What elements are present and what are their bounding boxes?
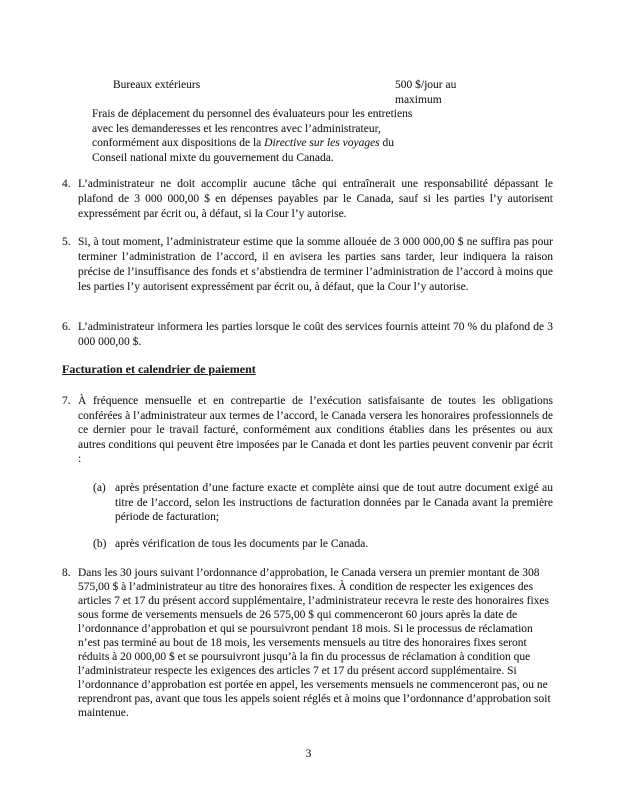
travel-note-line4: Conseil national mixte du gouvernement d… (92, 151, 412, 166)
clause-7a-marker: (a) (93, 481, 115, 525)
travel-expenses-note: Frais de déplacement du personnel des év… (92, 107, 412, 165)
fee-schedule-label: Bureaux extérieurs (113, 78, 200, 93)
page-number: 3 (0, 747, 617, 762)
section-heading-facturation: Facturation et calendrier de paiement (62, 362, 256, 377)
document-page: Bureaux extérieurs 500 $/jour au maximum… (0, 0, 617, 807)
clause-5-number: 5. (62, 235, 78, 295)
clause-7-number: 7. (62, 394, 78, 467)
clause-4-text: L’administrateur ne doit accomplir aucun… (78, 177, 553, 222)
clause-5-text: Si, à tout moment, l’administrateur esti… (78, 235, 553, 295)
travel-note-line3-post: du (380, 137, 394, 149)
directive-title-italic: Directive sur les voyages (264, 137, 380, 149)
clause-4-number: 4. (62, 177, 78, 222)
clause-4: 4. L’administrateur ne doit accomplir au… (62, 177, 553, 222)
fee-schedule-value-line1: 500 $/jour au (395, 78, 456, 93)
clause-7a: (a) après présentation d’une facture exa… (93, 481, 553, 525)
clause-6: 6. L’administrateur informera les partie… (62, 320, 553, 350)
clause-5: 5. Si, à tout moment, l’administrateur e… (62, 235, 553, 295)
clause-6-text: L’administrateur informera les parties l… (78, 320, 553, 350)
clause-7-text: À fréquence mensuelle et en contrepartie… (78, 394, 553, 467)
clause-7: 7. À fréquence mensuelle et en contrepar… (62, 394, 553, 467)
clause-7a-text: après présentation d’une facture exacte … (115, 481, 553, 525)
travel-note-line2: avec les demanderesses et les rencontres… (92, 122, 412, 137)
travel-note-line3-pre: conformément aux dispositions de la (92, 137, 264, 149)
clause-7b-text: après vérification de tous les documents… (115, 537, 553, 552)
clause-8: 8. Dans les 30 jours suivant l’ordonnanc… (62, 566, 553, 720)
clause-8-text: Dans les 30 jours suivant l’ordonnance d… (78, 566, 553, 720)
clause-8-number: 8. (62, 566, 78, 720)
travel-note-line1: Frais de déplacement du personnel des év… (92, 107, 412, 122)
clause-6-number: 6. (62, 320, 78, 350)
fee-schedule-value: 500 $/jour au maximum (395, 78, 456, 107)
clause-7b: (b) après vérification de tous les docum… (93, 537, 553, 552)
fee-schedule-value-line2: maximum (395, 93, 456, 108)
clause-7b-marker: (b) (93, 537, 115, 552)
travel-note-line3: conformément aux dispositions de la Dire… (92, 136, 412, 151)
